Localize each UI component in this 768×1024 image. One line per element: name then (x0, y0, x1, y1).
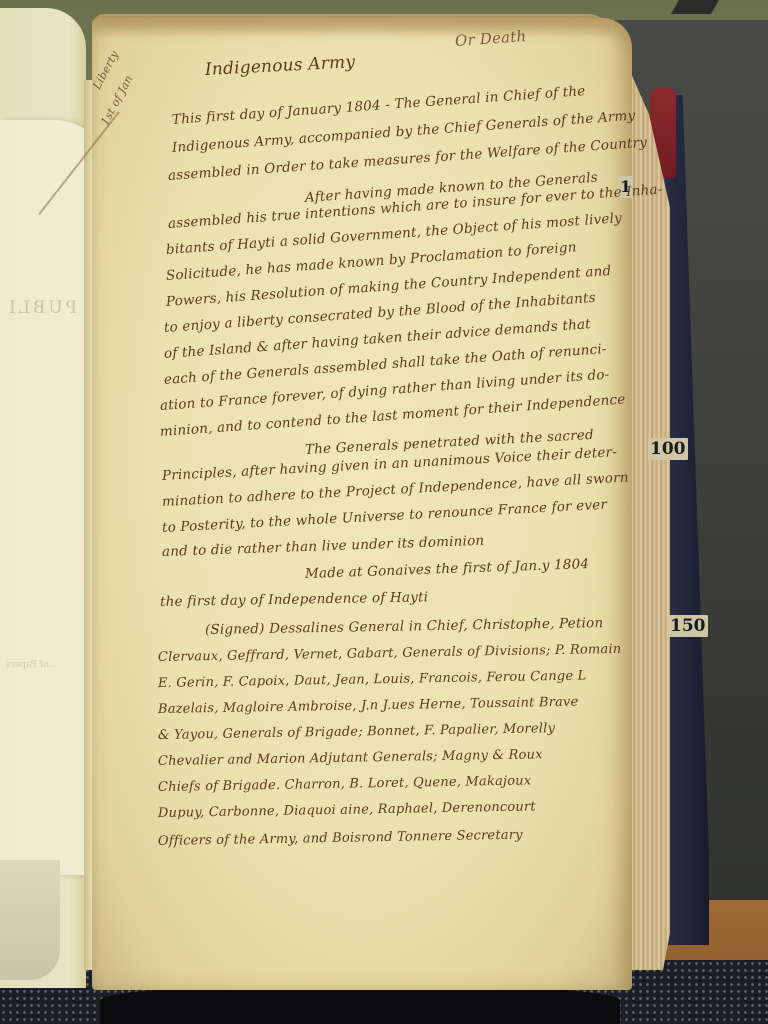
page-top-edge (92, 14, 612, 38)
book-shadow (100, 985, 620, 1024)
left-page-stack (0, 860, 60, 980)
page-tab-150[interactable]: 150 (668, 615, 708, 637)
page-tab-100[interactable]: 100 (648, 438, 688, 460)
cloth-strap (671, 0, 719, 14)
left-page-faded-print: PUBLI (6, 298, 77, 318)
left-page-faded-print-bottom: ...of Papers (6, 660, 57, 670)
